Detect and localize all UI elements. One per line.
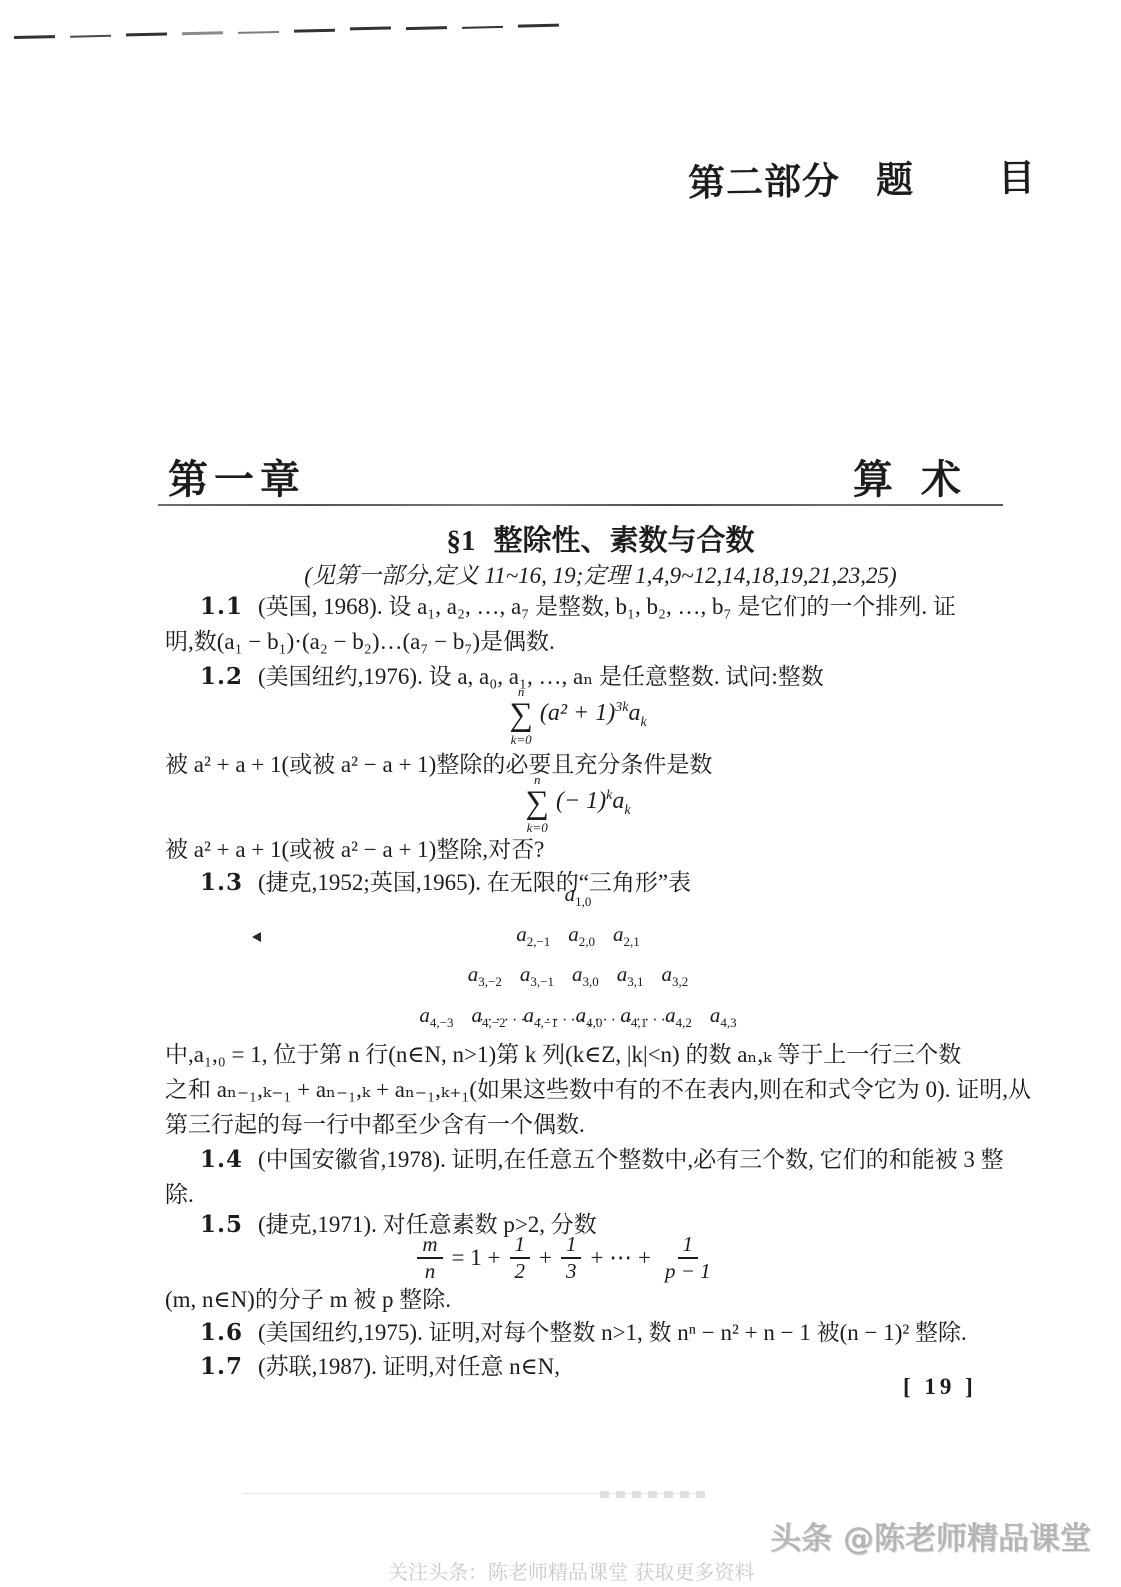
triangle-row: a2,−1a2,0a2,1 xyxy=(516,922,640,954)
formula-operator: + ⋯ + xyxy=(590,1245,650,1271)
fraction-denominator: n xyxy=(420,1259,441,1284)
problem-1-3-text-1: 中,a₁,₀ = 1, 位于第 n 行(n∈N, n>1)第 k 列(k∈Z, … xyxy=(165,1038,1010,1072)
formula-base: (− 1) xyxy=(556,788,606,814)
dash-mark xyxy=(238,31,279,34)
sum-lower-limit: k=0 xyxy=(511,733,532,746)
triangle-cell: a3,−2 xyxy=(468,962,502,994)
section-number: §1 xyxy=(446,525,475,557)
dash-mark xyxy=(70,35,111,38)
fraction-denominator: 3 xyxy=(561,1259,582,1284)
summation-operator: n ∑ k=0 xyxy=(525,773,549,834)
formula-exponent: 3k xyxy=(615,700,628,715)
dash-mark xyxy=(462,26,503,29)
problem-text: 被 a² + a + 1(或被 a² − a + 1)整除,对否? xyxy=(165,837,544,862)
triangle-cell: a3,0 xyxy=(572,962,599,994)
problem-1-1-line-2: 明,数(a₁ − b₁)·(a₂ − b₂)…(a₇ − b₇)是偶数. xyxy=(165,625,1010,659)
formula-body: (a² + 1)3kak xyxy=(540,700,647,731)
fraction-numerator: 1 xyxy=(510,1232,531,1259)
triangle-row: a3,−2a3,−1a3,0a3,1a3,2 xyxy=(468,962,688,994)
section-title: §1整除性、素数与合数 xyxy=(80,518,1121,559)
triangle-ellipsis-row: ·············,·········· xyxy=(18,1012,1121,1030)
problem-1-5-line-2: (m, n∈N)的分子 m 被 p 整除. xyxy=(165,1283,1010,1317)
section-title-text: 整除性、素数与合数 xyxy=(493,525,754,557)
formula-term: a xyxy=(628,700,640,726)
watermark-large: 头条 @陈老师精品课堂 xyxy=(770,1513,1091,1558)
triangle-cell: a3,1 xyxy=(617,962,644,994)
problem-text: 中,a₁,₀ = 1, 位于第 n 行(n∈N, n>1)第 k 列(k∈Z, … xyxy=(165,1042,961,1067)
formula-subscript: k xyxy=(624,803,630,818)
fraction: 13 xyxy=(561,1232,582,1284)
chapter-title-char-1: 算 xyxy=(853,457,893,502)
scanned-book-page: 第二部分题目 第一章 算术 §1整除性、素数与合数 (见第一部分,定义 11~1… xyxy=(0,0,1121,1587)
scan-smudge xyxy=(600,1491,710,1498)
formula-harmonic-fraction: mn = 1 + 12 + 13 + ⋯ + 1p − 1 xyxy=(6,1232,1121,1284)
dash-mark xyxy=(14,35,55,39)
fraction: 12 xyxy=(510,1232,531,1284)
sigma-symbol: ∑ xyxy=(525,786,549,821)
formula-sum-1: n ∑ k=0 (a² + 1)3kak xyxy=(18,685,1121,746)
formula-operator: = 1 + xyxy=(452,1245,501,1271)
problem-1-4-line-2: 除. xyxy=(165,1178,1010,1212)
formula-base: (a² + 1) xyxy=(540,700,615,726)
fraction-denominator: p − 1 xyxy=(660,1259,716,1284)
part-label: 第二部分 xyxy=(688,161,841,204)
problem-1-2-condition-2: 被 a² + a + 1(或被 a² − a + 1)整除,对否? xyxy=(165,833,1010,867)
chapter-label: 第一章 xyxy=(168,448,306,505)
triangle-cell: a2,0 xyxy=(568,922,595,954)
chapter-title-char-2: 术 xyxy=(921,457,961,502)
problem-number: 1.6 xyxy=(200,1319,243,1346)
problem-text: (中国安徽省,1978). 证明,在任意五个整数中,必有三个数, 它们的和能被 … xyxy=(258,1147,1004,1172)
triangle-cell: a3,2 xyxy=(661,962,688,994)
dash-mark xyxy=(406,26,447,30)
triangle-cell: a2,−1 xyxy=(516,922,550,954)
dash-mark xyxy=(518,24,559,28)
problem-number: 1.4 xyxy=(200,1146,243,1173)
triangle-cell: a3,−1 xyxy=(520,962,554,994)
formula-operator: + xyxy=(539,1245,552,1271)
section-reference-note: (见第一部分,定义 11~16, 19;定理 1,4,9~12,14,18,19… xyxy=(80,557,1121,590)
chapter-divider-rule xyxy=(158,504,1003,506)
fraction-numerator: 1 xyxy=(561,1232,582,1259)
problem-number: 1.1 xyxy=(200,593,243,620)
problem-text: 除. xyxy=(165,1182,194,1207)
part-title-char-1: 题 xyxy=(876,160,915,202)
triangle-cell: a2,1 xyxy=(613,922,640,954)
formula-sum-2: n ∑ k=0 (− 1)kak xyxy=(18,773,1121,834)
problem-text: (m, n∈N)的分子 m 被 p 整除. xyxy=(165,1287,451,1312)
formula-subscript: k xyxy=(640,715,646,730)
part-title-char-2: 目 xyxy=(998,158,1037,200)
dash-mark xyxy=(350,26,391,30)
problem-1-6-line: 1.6(美国纽约,1975). 证明,对每个整数 n>1, 数 nⁿ − n² … xyxy=(165,1316,1045,1350)
problem-text: (英国, 1968). 设 a₁, a₂, …, a₇ 是整数, b₁, b₂,… xyxy=(258,594,956,619)
summation-operator: n ∑ k=0 xyxy=(509,685,533,746)
watermark-small: 关注头条：陈老师精品课堂 获取更多资料 xyxy=(388,1556,754,1585)
dash-mark xyxy=(294,29,335,33)
sigma-symbol: ∑ xyxy=(509,698,533,733)
problem-1-4-line-1: 1.4(中国安徽省,1978). 证明,在任意五个整数中,必有三个数, 它们的和… xyxy=(165,1143,1045,1177)
fraction: 1p − 1 xyxy=(660,1232,716,1284)
fraction-numerator: 1 xyxy=(678,1232,699,1259)
page-number: [ 19 ] xyxy=(903,1374,977,1400)
problem-number: 1.7 xyxy=(200,1353,243,1380)
triangle-cell: a1,0 xyxy=(565,882,592,914)
triangle-row: a1,0 xyxy=(565,882,592,914)
problem-text: (苏联,1987). 证明,对任意 n∈N, xyxy=(258,1354,560,1379)
problem-1-3-text-3: 第三行起的每一行中都至少含有一个偶数. xyxy=(165,1108,1010,1142)
problem-1-1-line-1: 1.1(英国, 1968). 设 a₁, a₂, …, a₇ 是整数, b₁, … xyxy=(165,590,1045,624)
problem-text: 第三行起的每一行中都至少含有一个偶数. xyxy=(165,1112,585,1137)
chapter-title: 算术 xyxy=(853,448,961,505)
fraction: mn xyxy=(417,1232,442,1284)
formula-body: (− 1)kak xyxy=(556,788,631,819)
scan-dash-marks xyxy=(14,13,574,44)
problem-text: 明,数(a₁ − b₁)·(a₂ − b₂)…(a₇ − b₇)是偶数. xyxy=(165,629,555,654)
formula-term: a xyxy=(612,788,624,814)
fraction-denominator: 2 xyxy=(510,1259,531,1284)
dash-mark xyxy=(126,33,167,37)
problem-1-3-text-2: 之和 aₙ₋₁,ₖ₋₁ + aₙ₋₁,ₖ + aₙ₋₁,ₖ₊₁(如果这些数中有的… xyxy=(165,1073,1010,1107)
fraction-numerator: m xyxy=(417,1232,442,1259)
problem-text: 之和 aₙ₋₁,ₖ₋₁ + aₙ₋₁,ₖ + aₙ₋₁,ₖ₊₁(如果这些数中有的… xyxy=(165,1077,1031,1102)
dash-mark xyxy=(182,31,223,35)
part-header: 第二部分题目 xyxy=(688,147,1037,206)
problem-text: (美国纽约,1975). 证明,对每个整数 n>1, 数 nⁿ − n² + n… xyxy=(258,1320,967,1345)
